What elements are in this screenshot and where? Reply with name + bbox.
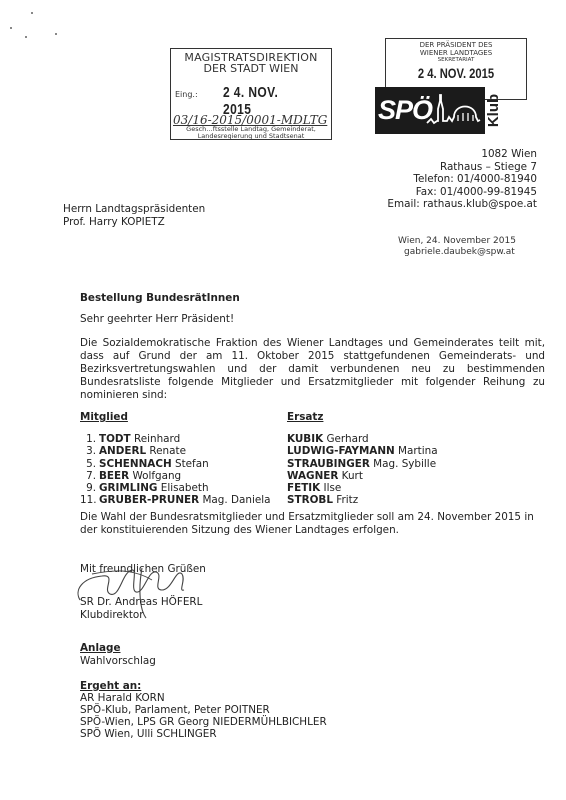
member-number: 1. [80,433,96,445]
sender-address: 1082 Wien Rathaus – Stiege 7 Telefon: 01… [387,148,537,211]
stamp-line-2: WIENER LANDTAGES [386,49,526,57]
address-line: 1082 Wien [387,148,537,161]
address-line: Telefon: 01/4000-81940 [387,173,537,186]
recipient-line-1: Herrn Landtagspräsidenten [63,203,205,216]
members-list: 1.TODT Reinhard 3.ANDERL Renate 5.SCHENN… [80,433,271,507]
address-line: Rathaus – Stiege 7 [387,161,537,174]
salutation: Sehr geehrter Herr Präsident! [80,313,234,326]
stamp-line-1: DER PRÄSIDENT DES [386,41,526,49]
member-number: 9. [80,482,96,494]
vienna-skyline-icon [425,91,481,131]
list-item: 3.ANDERL Renate [80,445,271,457]
substitute-last-name: FETIK [287,482,320,494]
scan-speck [25,36,27,38]
list-item: WAGNER Kurt [287,470,438,482]
member-last-name: TODT [99,433,131,445]
member-first-name: Reinhard [134,433,180,445]
substitute-first-name: Ilse [324,482,342,494]
member-last-name: GRIMLING [99,482,157,494]
address-line: Email: rathaus.klub@spoe.at [387,198,537,211]
list-item: AR Harald KORN [80,692,327,704]
subject-line: Bestellung BundesrätInnen [80,292,240,305]
stamp-line-2: DER STADT WIEN [171,63,331,74]
members-header: Mitglied [80,411,128,424]
logo-brand: SPÖ [378,95,432,126]
date-block: Wien, 24. November 2015 gabriele.daubek@… [398,236,516,257]
paragraph-intro-text: Die Sozialdemokratische Fraktion des Wie… [80,337,545,402]
substitutes-list: KUBIK Gerhard LUDWIG-FAYMANN Martina STR… [287,433,438,507]
list-item: LUDWIG-FAYMANN Martina [287,445,438,457]
stamp-office-line-2: Landesregierung und Stadtsenat [171,133,331,140]
substitute-last-name: LUDWIG-FAYMANN [287,445,395,457]
list-item: 9.GRIMLING Elisabeth [80,482,271,494]
substitute-last-name: STRAUBINGER [287,458,370,470]
member-last-name: ANDERL [99,445,146,457]
paragraph-intro: Die Sozialdemokratische Fraktion des Wie… [80,337,545,402]
list-item: KUBIK Gerhard [287,433,438,445]
stamp-line-3: SEKRETARIAT [386,57,526,64]
list-item: 1.TODT Reinhard [80,433,271,445]
member-first-name: Elisabeth [161,482,209,494]
klub-text: Klub [485,94,502,127]
scan-speck [55,33,57,35]
recipient-block: Herrn Landtagspräsidenten Prof. Harry KO… [63,203,205,229]
signer-name: SR Dr. Andreas HÖFERL [80,596,202,609]
substitute-last-name: STROBL [287,494,333,506]
member-number: 3. [80,445,96,457]
scan-speck [31,12,33,14]
stamp-eing-label: Eing.: [175,90,198,99]
substitute-last-name: WAGNER [287,470,338,482]
substitute-first-name: Martina [398,445,438,457]
substitute-first-name: Fritz [336,494,358,506]
substitute-first-name: Mag. Sybille [373,458,436,470]
list-item: STROBL Fritz [287,494,438,506]
distribution-list: AR Harald KORN SPÖ-Klub, Parlament, Pete… [80,692,327,740]
list-item: FETIK Ilse [287,482,438,494]
stamp-date: 2 4. NOV. 2015 [400,65,512,81]
member-number: 7. [80,470,96,482]
member-first-name: Wolfgang [132,470,181,482]
paragraph-election: Die Wahl der Bundesratsmitglieder und Er… [80,511,550,537]
contact-email: gabriele.daubek@spw.at [398,247,516,258]
list-item: STRAUBINGER Mag. Sybille [287,458,438,470]
place-date: Wien, 24. November 2015 [398,236,516,247]
substitutes-header: Ersatz [287,411,323,424]
member-last-name: GRUBER-PRUNER [99,494,199,506]
signer-role: Klubdirektor [80,609,144,622]
list-item: 11.GRUBER-PRUNER Mag. Daniela [80,494,271,506]
member-first-name: Renate [149,445,186,457]
spoe-logo: SPÖ [375,87,485,134]
list-item: 7.BEER Wolfgang [80,470,271,482]
substitute-last-name: KUBIK [287,433,323,445]
address-line: Fax: 01/4000-99-81945 [387,186,537,199]
recipient-line-2: Prof. Harry KOPIETZ [63,216,205,229]
substitute-first-name: Kurt [342,470,363,482]
list-item: SPÖ-Klub, Parlament, Peter POITNER [80,704,327,716]
member-last-name: SCHENNACH [99,458,172,470]
list-item: SPÖ-Wien, LPS GR Georg NIEDERMÜHLBICHLER [80,716,327,728]
list-item: 5.SCHENNACH Stefan [80,458,271,470]
substitute-first-name: Gerhard [326,433,368,445]
list-item: SPÖ Wien, Ulli SCHLINGER [80,728,327,740]
member-first-name: Mag. Daniela [202,494,270,506]
member-last-name: BEER [99,470,129,482]
member-number: 5. [80,458,96,470]
attachment-header: Anlage [80,642,121,655]
member-first-name: Stefan [175,458,209,470]
member-number: 11. [80,494,96,506]
scan-speck [10,27,12,29]
stamp-magistratsdirektion: MAGISTRATSDIREKTION DER STADT WIEN Eing.… [170,48,332,140]
attachment-item: Wahlvorschlag [80,655,156,668]
klub-label: Klub [487,90,505,134]
